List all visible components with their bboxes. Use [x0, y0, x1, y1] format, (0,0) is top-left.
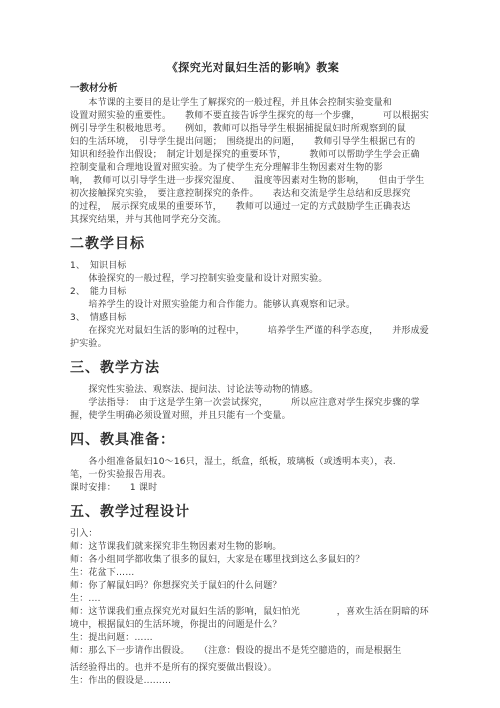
doc-line: 控制变量和合理地设置对照实验。为了使学生充分理解非生物因素对生物的影 — [70, 162, 436, 175]
doc-line: 笔，一份实验报告用表。 — [70, 469, 436, 482]
doc-line: 设置对照实验的重要性。 教师不要直接告诉学生探究的每一个步骤， 可以根据实 — [70, 110, 436, 123]
doc-line: 知识和经验作出假设； 制定计划是探究的重要环节， 教师可以帮助学生学会正确 — [70, 149, 436, 162]
doc-line: 的过程， 展示探究成果的重要环节， 教师可以通过一定的方式鼓励学生正确表达 — [70, 201, 436, 214]
section-heading: 五、教学过程设计 — [70, 503, 436, 521]
doc-line: 师：你了解鼠妇吗？你想探究关于鼠妇的什么问题？ — [70, 580, 436, 593]
doc-line: 师：那么下一步请作出假设。 （注意：假设的提出不是凭空臆造的，而是根据生 — [70, 645, 436, 658]
doc-line: 各小组准备鼠妇10～16只，湿土，纸盒，纸板，玻璃板（或透明本夹），表. — [70, 456, 436, 469]
doc-line: 妇的生活环境， 引导学生提出问题； 围绕提出的问题， 教师引导学生根据已有的 — [70, 136, 436, 149]
doc-line: 握，使学生明确必须设置对照，并且只能有一个变量。 — [70, 410, 436, 423]
doc-line: 师：各小组同学都收集了很多的鼠妇，大家是在哪里找到这么多鼠妇的？ — [70, 554, 436, 567]
lesson-plan-document: 《探究光对鼠妇生活的影响》教案一教材分析 本节课的主要目的是让学生了解探究的一般… — [70, 60, 436, 688]
doc-line: 响， 教师可以引导学生进一步探究湿度、 温度等因素对生物的影响， 但由于学生 — [70, 175, 436, 188]
doc-line: 引入： — [70, 528, 436, 541]
doc-line: 境中，根据鼠妇的生活环境，你提出的问题是什么？ — [70, 619, 436, 632]
doc-line: 护实验。 — [70, 338, 436, 351]
doc-line: 本节课的主要目的是让学生了解探究的一般过程，并且体会控制实验变量和 — [70, 97, 436, 110]
doc-line: 1、 知识目标 — [70, 260, 436, 273]
doc-line: 生：花盆下…… — [70, 567, 436, 580]
doc-line: 培养学生的设计对照实验能力和合作能力。能够认真观察和记录。 — [70, 299, 436, 312]
doc-line: 2、 能力目标 — [70, 286, 436, 299]
section-heading: 三、教学方法 — [70, 359, 436, 377]
doc-line: 在探究光对鼠妇生活的影响的过程中， 培养学生严谨的科学态度， 并形成爱 — [70, 325, 436, 338]
doc-line: 课时安排： 1 课时 — [70, 482, 436, 495]
doc-line: 师：这节课我们就来探究非生物因素对生物的影响。 — [70, 541, 436, 554]
section-heading: 一教材分析 — [70, 82, 436, 95]
doc-line: 活经验得出的。也并不是所有的探究要做出假设）。 — [70, 662, 436, 675]
doc-title: 《探究光对鼠妇生活的影响》教案 — [70, 60, 436, 75]
document-page: 《探究光对鼠妇生活的影响》教案一教材分析 本节课的主要目的是让学生了解探究的一般… — [0, 0, 500, 708]
doc-line: 生：.... — [70, 593, 436, 606]
doc-line: 学法指导： 由于这是学生第一次尝试探究， 所以应注意对学生探究步骤的掌 — [70, 397, 436, 410]
doc-line: 其探究结果，并与其他同学充分交流。 — [70, 214, 436, 227]
doc-line: 师：这节课我们重点探究光对鼠妇生活的影响，鼠妇怕光 ，喜欢生活在阴暗的环 — [70, 606, 436, 619]
doc-line: 3、 情感目标 — [70, 312, 436, 325]
section-heading: 四、教具准备： — [70, 431, 436, 449]
doc-line: 生：提出问题：…… — [70, 632, 436, 645]
doc-line: 初次接触探究实验， 要注意控制探究的条件。 表达和交流是学生总结和反思探究 — [70, 188, 436, 201]
doc-line: 体验探究的一般过程，学习控制实验变量和设计对照实验。 — [70, 273, 436, 286]
section-heading: 二教学目标 — [70, 235, 436, 253]
doc-line: 例引导学生积极地思考。 例如，教师可以指导学生根据捕捉鼠妇时所观察到的鼠 — [70, 123, 436, 136]
doc-line: 探究性实验法、观察法、提问法、讨论法等动物的情感。 — [70, 384, 436, 397]
doc-line: 生：作出的假设是......... — [70, 675, 436, 688]
